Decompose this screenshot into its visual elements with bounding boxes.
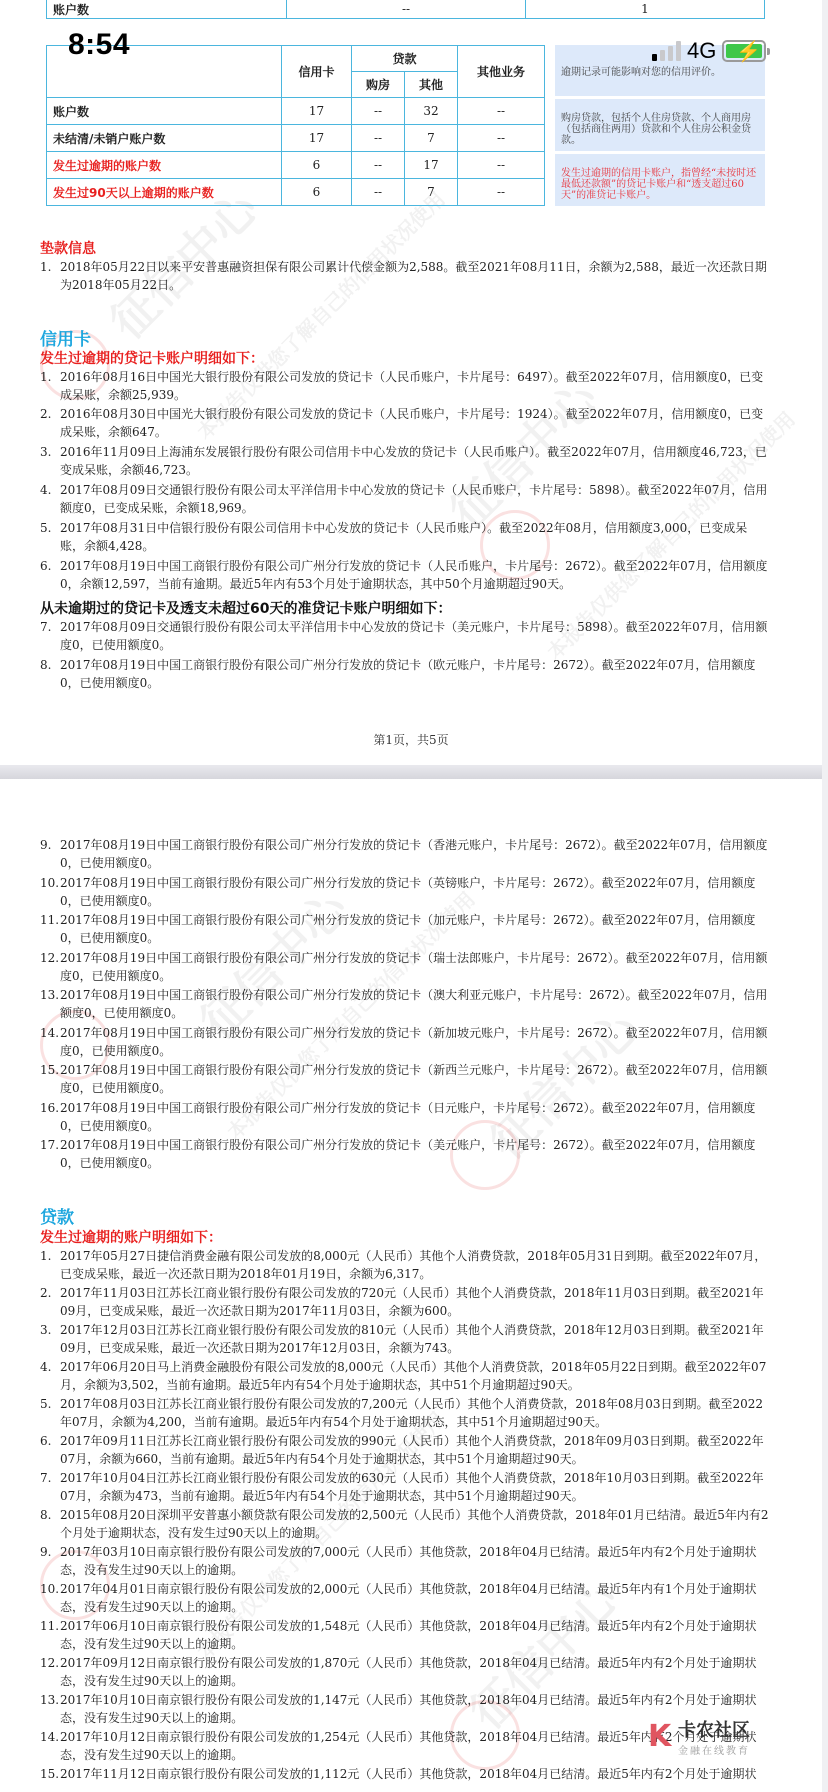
list-item: 17.2017年08月19日中国工商银行股份有限公司广州分行发放的贷记卡（美元账…	[40, 1136, 770, 1172]
badge-tagline: 金融在线教育	[678, 1742, 750, 1757]
list-item: 15.2017年11月12日南京银行股份有限公司发放的1,112元（人民币）其他…	[40, 1765, 770, 1783]
list-item: 10.2017年04月01日南京银行股份有限公司发放的2,000元（人民币）其他…	[40, 1580, 770, 1616]
list-item: 1.2017年05月27日捷信消费金融有限公司发放的8,000元（人民币）其他个…	[40, 1247, 770, 1283]
note-warning: 发生过逾期的信用卡账户，指曾经“未按时还最低还款额”的贷记卡账户和“透支超过60…	[555, 154, 765, 206]
battery-charging-icon: ⚡	[722, 40, 766, 62]
list-item: 11.2017年08月19日中国工商银行股份有限公司广州分行发放的贷记卡（加元账…	[40, 911, 770, 947]
network-type: 4G	[687, 38, 716, 64]
note: 购房贷款，包括个人住房贷款、个人商用房（包括商住两用）贷款和个人住房公积金贷款。	[555, 99, 765, 151]
kanong-logo-icon: K	[648, 1721, 674, 1753]
community-badge: K 卡农社区 金融在线教育	[648, 1716, 750, 1757]
row-label: 账户数	[47, 0, 287, 18]
page-separator	[0, 765, 828, 779]
list-item: 5.2017年08月31日中信银行股份有限公司信用卡中心发放的贷记卡（人民币账户…	[40, 519, 770, 555]
badge-name: 卡农社区	[678, 1716, 750, 1742]
list-item: 4.2017年08月09日交通银行股份有限公司太平洋信用卡中心发放的贷记卡（人民…	[40, 481, 770, 517]
list-item: 12.2017年08月19日中国工商银行股份有限公司广州分行发放的贷记卡（瑞士法…	[40, 949, 770, 985]
row-label: 发生过逾期的账户数	[47, 152, 282, 179]
list-item: 16.2017年08月19日中国工商银行股份有限公司广州分行发放的贷记卡（日元账…	[40, 1099, 770, 1135]
cell: --	[458, 179, 545, 206]
notes-panel: 逾期记录可能影响对您的信用评价。 购房贷款，包括个人住房贷款、个人商用房（包括商…	[555, 45, 765, 209]
cell: 17	[282, 125, 352, 152]
header-other: 其他	[405, 72, 458, 98]
list-item: 6.2017年08月19日中国工商银行股份有限公司广州分行发放的贷记卡（人民币账…	[40, 557, 770, 593]
table-row: 账户数 17 -- 32 --	[47, 98, 545, 125]
cell: 1	[526, 0, 764, 18]
table-row: 发生过90天以上逾期的账户数 6 -- 7 --	[47, 179, 545, 206]
section-title-advance: 垫款信息	[40, 238, 96, 258]
cell: --	[458, 152, 545, 179]
list-item: 8.2017年08月19日中国工商银行股份有限公司广州分行发放的贷记卡（欧元账户…	[40, 656, 770, 692]
page-number: 第1页，共5页	[0, 731, 822, 748]
header-credit-card: 信用卡	[282, 46, 352, 98]
row-label: 未结清/未销户账户数	[47, 125, 282, 152]
subsection-overdue-loans: 发生过逾期的账户明细如下：	[40, 1227, 222, 1247]
row-label: 发生过90天以上逾期的账户数	[47, 179, 282, 206]
cell: 17	[282, 98, 352, 125]
list-item: 2.2016年08月30日中国光大银行股份有限公司发放的贷记卡（人民币账户，卡片…	[40, 405, 770, 441]
header-loans: 贷款	[352, 46, 458, 72]
signal-icon	[652, 41, 681, 61]
list-item: 7.2017年10月04日江苏长江商业银行股份有限公司发放的630元（人民币）其…	[40, 1469, 770, 1505]
list-item: 3.2016年11月09日上海浦东发展银行股份有限公司信用卡中心发放的贷记卡（人…	[40, 443, 770, 479]
table-row: 发生过逾期的账户数 6 -- 17 --	[47, 152, 545, 179]
cell: 32	[405, 98, 458, 125]
cell: 7	[405, 179, 458, 206]
cell: --	[458, 125, 545, 152]
list-item: 4.2017年06月20日马上消费金融股份有限公司发放的8,000元（人民币）其…	[40, 1358, 770, 1394]
list-item: 9.2017年03月10日南京银行股份有限公司发放的7,000元（人民币）其他贷…	[40, 1543, 770, 1579]
cell: 7	[405, 125, 458, 152]
cell: 17	[405, 152, 458, 179]
header-housing: 购房	[352, 72, 405, 98]
list-item: 1.2016年08月16日中国光大银行股份有限公司发放的贷记卡（人民币账户，卡片…	[40, 368, 770, 404]
table-row: 未结清/未销户账户数 17 -- 7 --	[47, 125, 545, 152]
cell: 6	[282, 179, 352, 206]
header-other-business: 其他业务	[458, 46, 545, 98]
list-item: 8.2015年08月20日深圳平安普惠小额贷款有限公司发放的2,500元（人民币…	[40, 1506, 770, 1542]
list-item: 5.2017年08月03日江苏长江商业银行股份有限公司发放的7,200元（人民币…	[40, 1395, 770, 1431]
scroll-edge	[822, 0, 828, 1792]
status-time: 8:54	[68, 28, 130, 62]
previous-table-row: 账户数 -- 1	[46, 0, 765, 19]
account-summary-table: 信用卡 贷款 其他业务 购房 其他 账户数 17 -- 32 -- 未结清/未销…	[46, 45, 545, 206]
cell: --	[352, 179, 405, 206]
cell: 6	[282, 152, 352, 179]
status-indicators: 4G ⚡	[652, 38, 766, 64]
cell: --	[458, 98, 545, 125]
list-item: 6.2017年09月11日江苏长江商业银行股份有限公司发放的990元（人民币）其…	[40, 1432, 770, 1468]
list-item: 10.2017年08月19日中国工商银行股份有限公司广州分行发放的贷记卡（英镑账…	[40, 874, 770, 910]
cell: --	[352, 152, 405, 179]
subsection-normal-cards: 从未逾期过的贷记卡及透支未超过60天的准贷记卡账户明细如下：	[40, 598, 451, 618]
section-title-loans: 贷款	[40, 1203, 74, 1228]
list-item: 12.2017年09月12日南京银行股份有限公司发放的1,870元（人民币）其他…	[40, 1654, 770, 1690]
list-item: 1.2018年05月22日以来平安普惠融资担保有限公司累计代偿金额为2,588。…	[40, 258, 770, 294]
list-item: 14.2017年08月19日中国工商银行股份有限公司广州分行发放的贷记卡（新加坡…	[40, 1024, 770, 1060]
list-item: 3.2017年12月03日江苏长江商业银行股份有限公司发放的810元（人民币）其…	[40, 1321, 770, 1357]
list-item: 2.2017年11月03日江苏长江商业银行股份有限公司发放的720元（人民币）其…	[40, 1284, 770, 1320]
list-item: 15.2017年08月19日中国工商银行股份有限公司广州分行发放的贷记卡（新西兰…	[40, 1061, 770, 1097]
subsection-overdue-cards: 发生过逾期的贷记卡账户明细如下：	[40, 348, 264, 368]
cell: --	[352, 125, 405, 152]
list-item: 13.2017年08月19日中国工商银行股份有限公司广州分行发放的贷记卡（澳大利…	[40, 986, 770, 1022]
cell: --	[352, 98, 405, 125]
list-item: 7.2017年08月09日交通银行股份有限公司太平洋信用卡中心发放的贷记卡（美元…	[40, 618, 770, 654]
row-label: 账户数	[47, 98, 282, 125]
list-item: 11.2017年06月10日南京银行股份有限公司发放的1,548元（人民币）其他…	[40, 1617, 770, 1653]
section-title-credit-card: 信用卡	[40, 325, 91, 350]
cell: --	[287, 0, 526, 18]
list-item: 9.2017年08月19日中国工商银行股份有限公司广州分行发放的贷记卡（香港元账…	[40, 836, 770, 872]
